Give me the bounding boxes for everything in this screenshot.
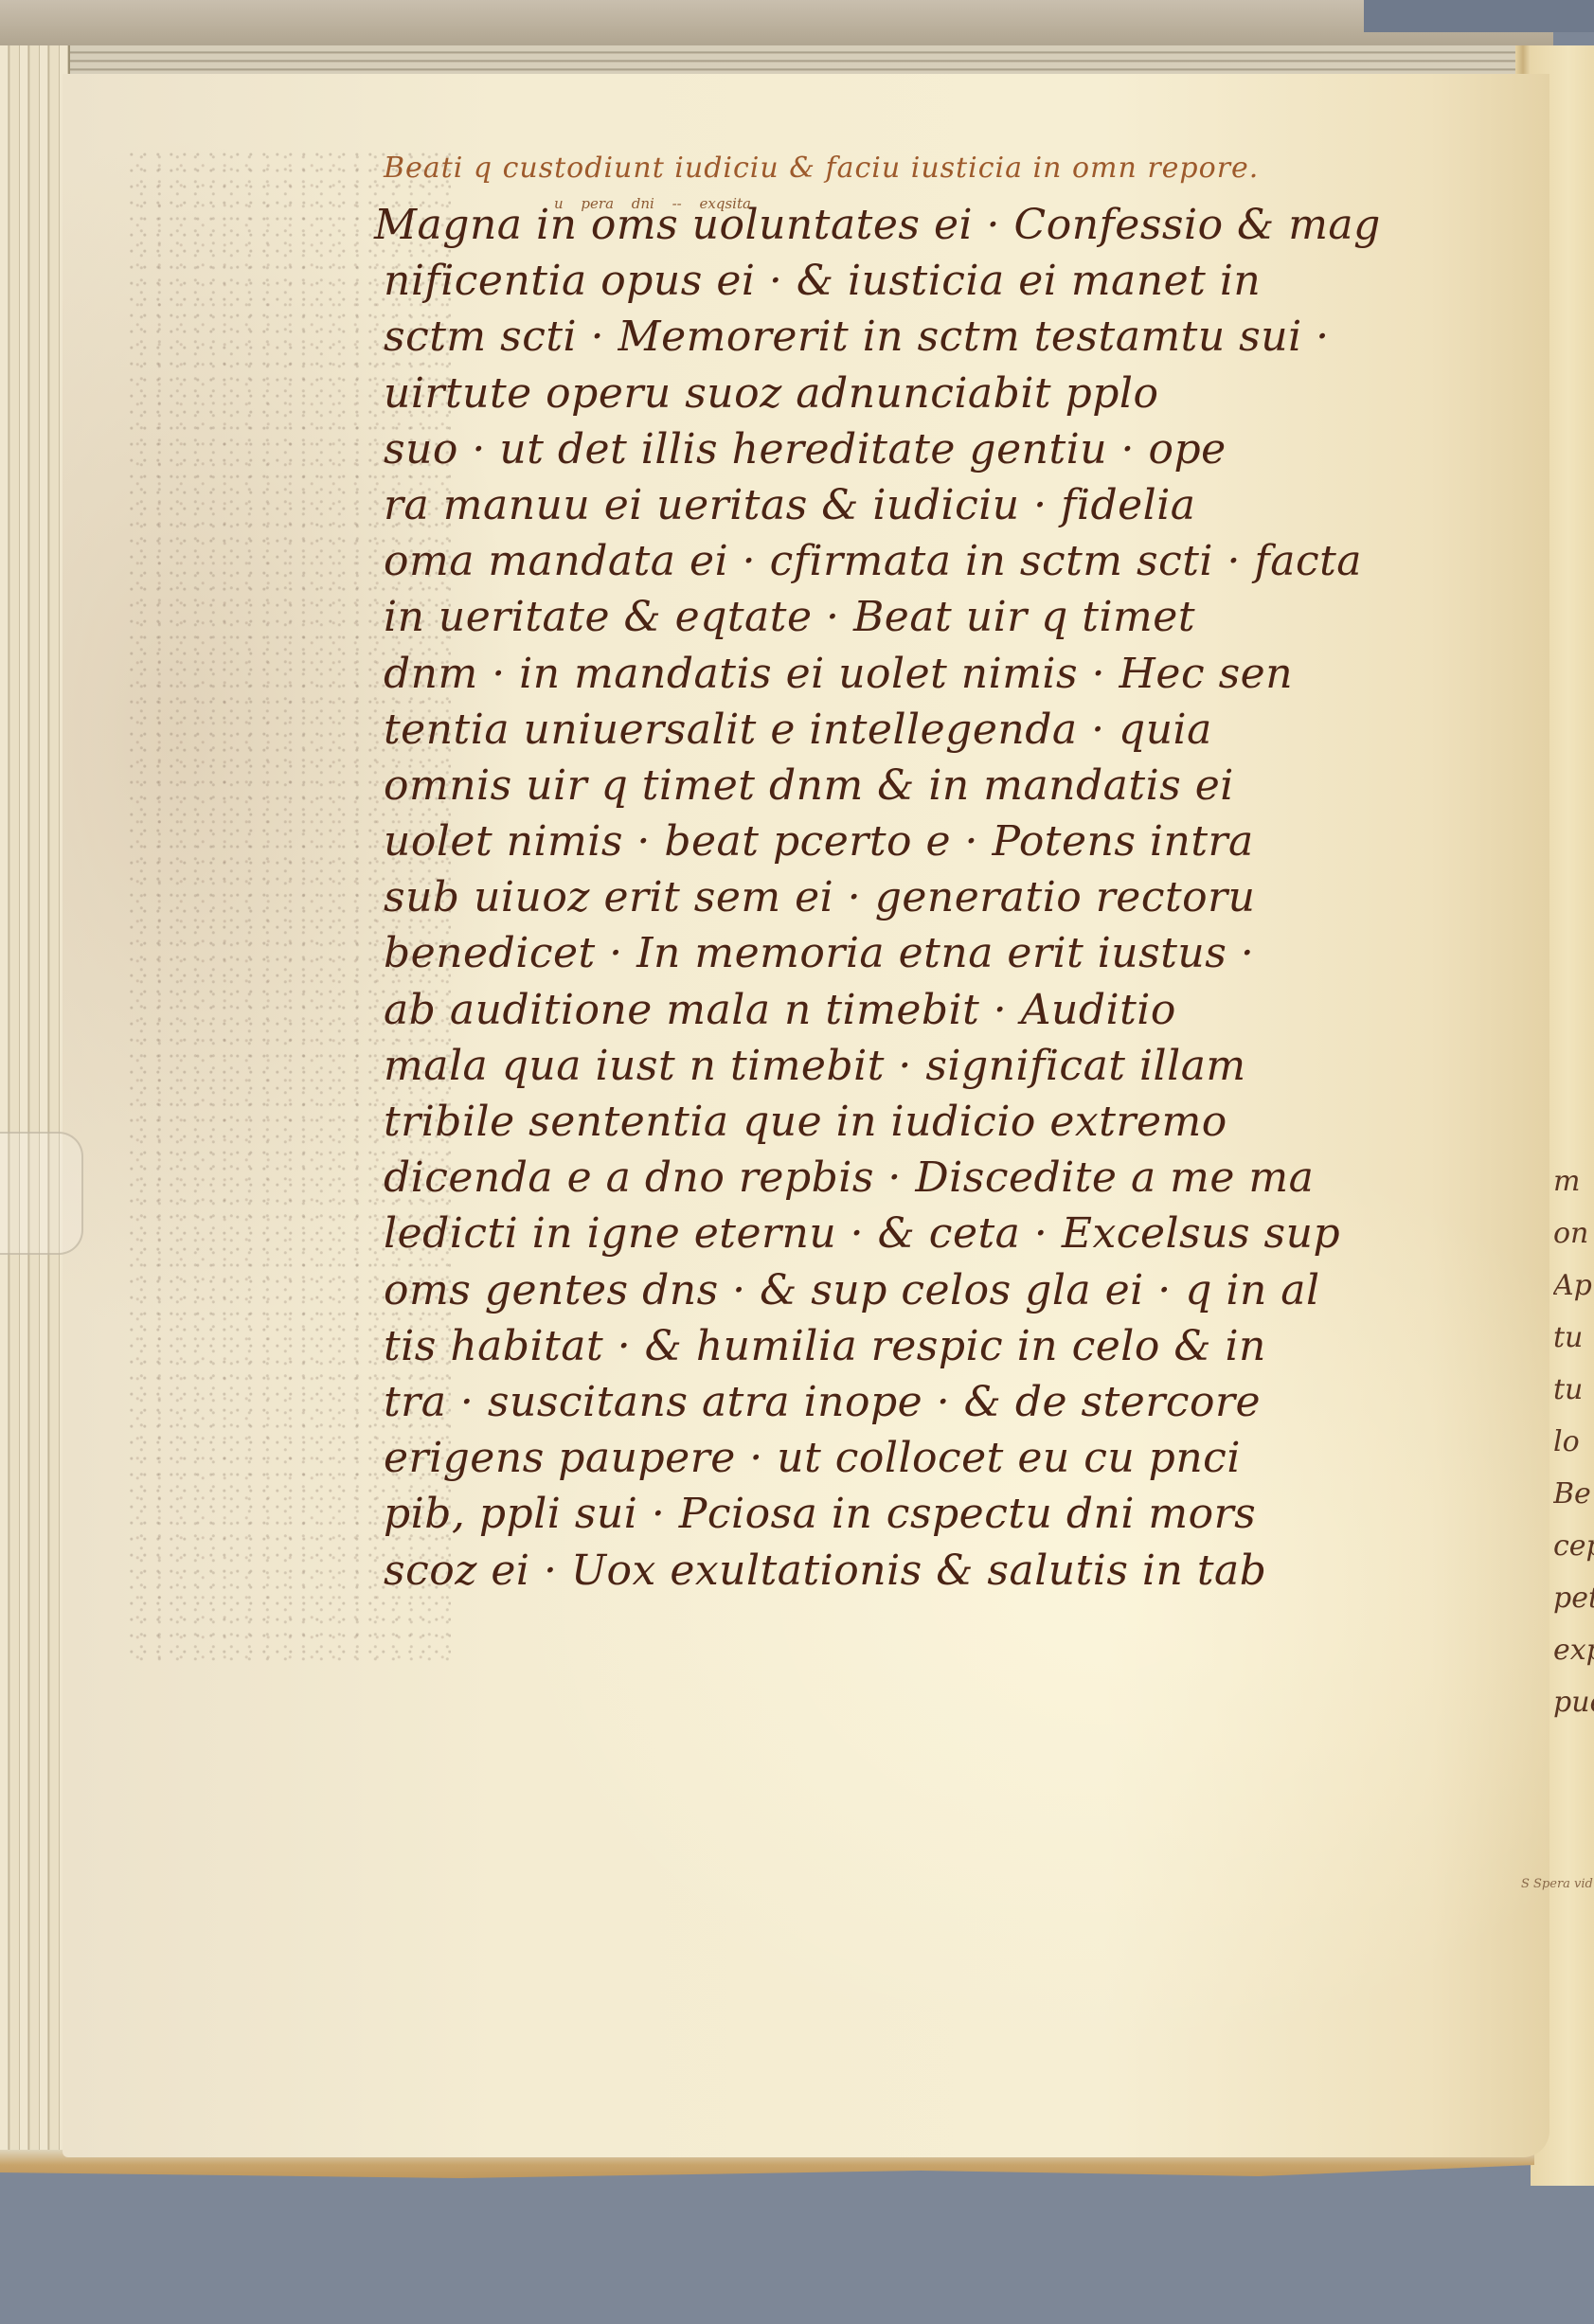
text-line: tra · suscitans atra inope · & de sterco… <box>384 1374 1549 1430</box>
text-line: scoz ei · Uox exultationis & salutis in … <box>384 1543 1549 1599</box>
text-line: tis habitat · & humilia respic in celo &… <box>384 1318 1549 1374</box>
interlinear-gloss: u pera dni -- exqsita <box>554 195 751 212</box>
text-line: omnis uir q timet dnm & in mandatis ei <box>384 758 1549 813</box>
text-line: tentia uniuersalit e intellegenda · quia <box>384 702 1549 758</box>
text-block: Beati q custodiunt iudiciu & faciu iusti… <box>384 150 1549 1599</box>
facing-fragment: on <box>1553 1207 1594 1260</box>
text-line: oma mandata ei · cfirmata in sctm scti ·… <box>384 533 1549 589</box>
page-edges-left <box>0 45 70 2167</box>
facing-fragment: cep <box>1553 1520 1594 1572</box>
facing-fragment: m <box>1553 1155 1594 1207</box>
rubric-line: Beati q custodiunt iudiciu & faciu iusti… <box>384 150 1549 197</box>
text-line: ab auditione mala n timebit · Auditio <box>384 982 1549 1038</box>
text-line: ra manuu ei ueritas & iudiciu · fidelia <box>384 477 1549 533</box>
text-line: in ueritate & eqtate · Beat uir q timet <box>384 589 1549 645</box>
text-line: uirtute operu suoz adnunciabit pplo <box>384 366 1549 421</box>
facing-fragment: tu <box>1553 1312 1594 1364</box>
facing-fragment: Be <box>1553 1468 1594 1520</box>
scan-background <box>1364 0 1594 32</box>
text-line: erigens paupere · ut collocet eu cu pnci <box>384 1430 1549 1486</box>
page-clip <box>0 1132 83 1255</box>
text-line: nificentia opus ei · & iusticia ei manet… <box>384 253 1549 309</box>
facing-fragment: puenia <box>1553 1676 1594 1728</box>
facing-fragment: Ap <box>1553 1260 1594 1312</box>
facing-fragment: expel <box>1553 1624 1594 1676</box>
page-edges-top <box>0 45 1553 78</box>
text-line: uolet nimis · beat pcerto e · Potens int… <box>384 813 1549 869</box>
text-line: dnm · in mandatis ei uolet nimis · Hec s… <box>384 646 1549 702</box>
text-line: pib, pplі sui · Pciosa in cspectu dni mo… <box>384 1486 1549 1542</box>
facing-page-text: m on Ap tu tu lo Be cep petr expel pueni… <box>1553 1155 1594 1728</box>
text-line: Magna in oms uoluntates ei · Confessio &… <box>374 197 1549 253</box>
text-line: tribile sententia que in iudicio extremo <box>384 1094 1549 1150</box>
text-line: suo · ut det illis hereditate gentiu · o… <box>384 421 1549 477</box>
facing-fragment: petr <box>1553 1572 1594 1624</box>
facing-fragment: tu <box>1553 1364 1594 1416</box>
text-line: sub uiuoz erit sem ei · generatio rector… <box>384 869 1549 925</box>
text-line: benedicet · In memoria etna erit iustus … <box>384 925 1549 981</box>
margin-note: S Spera vid. pa dita... ... merita... <box>1521 1875 1594 1894</box>
text-line: ledicti in igne eternu · & ceta · Excels… <box>384 1206 1549 1261</box>
text-line: dicenda e a dno repbis · Discedite a me … <box>384 1150 1549 1206</box>
facing-fragment: lo <box>1553 1416 1594 1468</box>
text-line: sctm scti · Memorerit in sctm testamtu s… <box>384 309 1549 365</box>
text-line: oms gentes dns · & sup celos gla ei · q … <box>384 1262 1549 1318</box>
text-line: mala qua iust n timebit · significat ill… <box>384 1038 1549 1094</box>
